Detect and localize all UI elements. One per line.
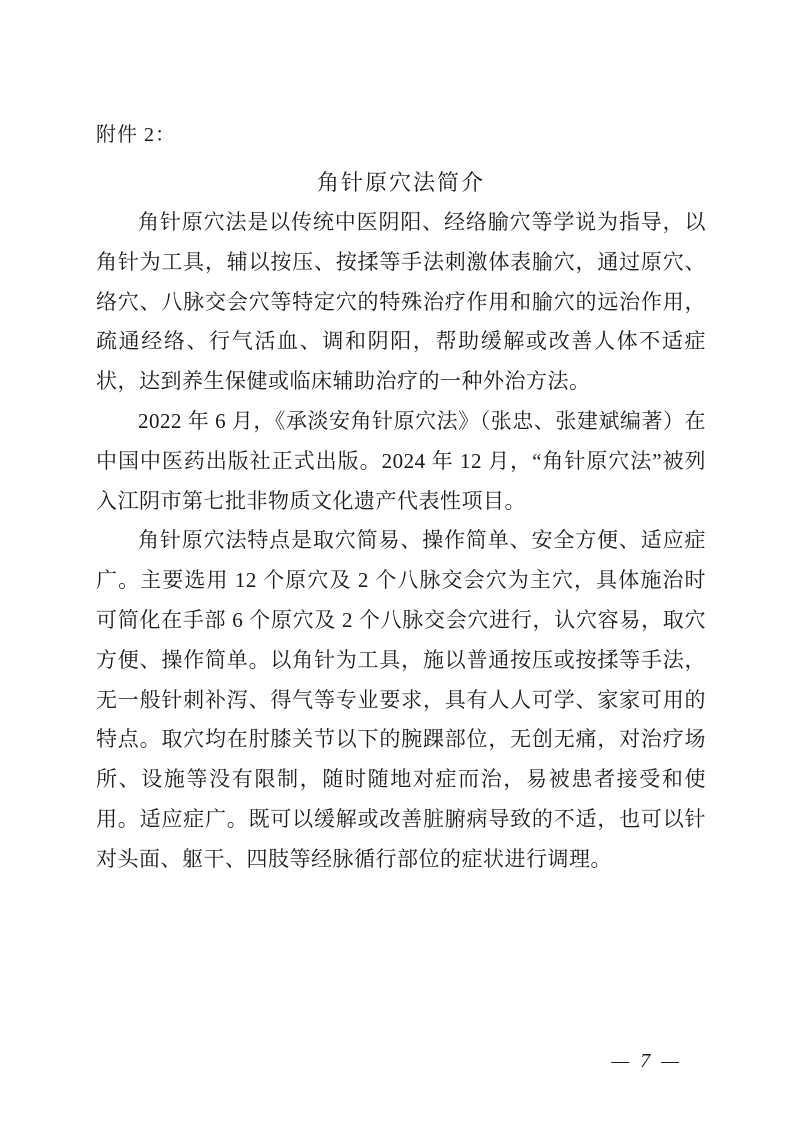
paragraph-3: 角针原穴法特点是取穴简易、操作简单、安全方便、适应症广。主要选用 12 个原穴及… — [96, 521, 706, 879]
paragraph-2: 2022 年 6 月，《承淡安角针原穴法》（张忠、张建斌编著）在中国中医药出版社… — [96, 402, 706, 521]
document-content: 附件 2： 角针原穴法简介 角针原穴法是以传统中医阴阳、经络腧穴等学说为指导，以… — [96, 0, 706, 880]
document-title: 角针原穴法简介 — [96, 163, 706, 203]
document-page: 附件 2： 角针原穴法简介 角针原穴法是以传统中医阴阳、经络腧穴等学说为指导，以… — [0, 0, 800, 1131]
attachment-label: 附件 2： — [96, 115, 706, 155]
page-number: — 7 — — [611, 1048, 682, 1074]
paragraph-1: 角针原穴法是以传统中医阴阳、经络腧穴等学说为指导，以角针为工具，辅以按压、按揉等… — [96, 203, 706, 402]
document-body: 角针原穴法是以传统中医阴阳、经络腧穴等学说为指导，以角针为工具，辅以按压、按揉等… — [96, 203, 706, 880]
